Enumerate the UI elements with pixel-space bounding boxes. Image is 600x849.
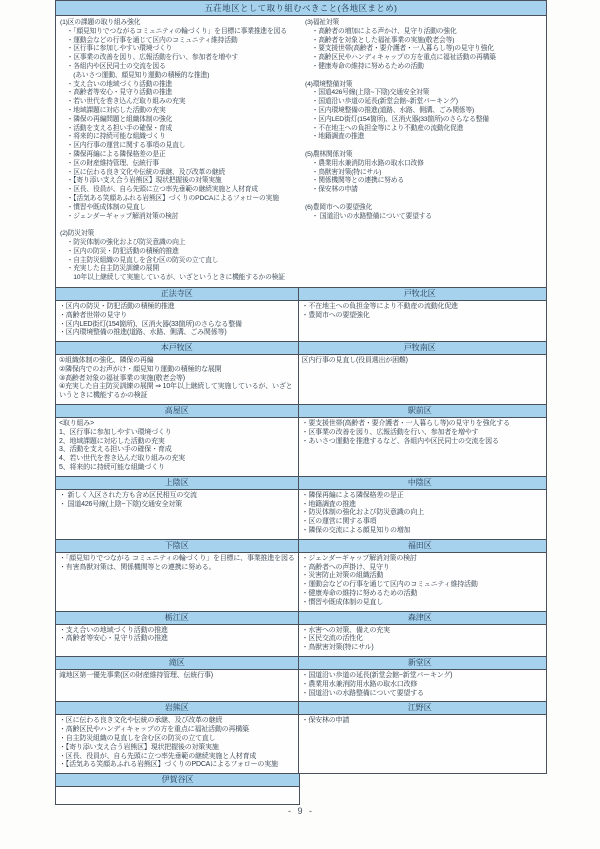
district-content: ・保安林の申請 xyxy=(299,715,542,773)
district-content-row: ・区に伝わる良き文化や伝統の承継、及び改革の継続 ・高齢区民やハンディキャップの… xyxy=(56,715,546,773)
scanned-document-page: 五荘地区として取り組むべきこと(各地区まとめ) (1)区の課題の取り組み強化 ・… xyxy=(0,0,600,849)
district-name: 本戸牧区 xyxy=(56,342,299,354)
district-name: 栃江区 xyxy=(56,612,299,624)
district-header-row: 上陰区 中陰区 xyxy=(56,477,546,490)
overview-section: (1)区の課題の取り組み強化 ・「顔見知りでつながるコミュニティの輪づくり」を目… xyxy=(56,16,546,288)
district-content: ・支え合いの地域づくり活動の推進 ・高齢者等安心・見守り活動の推進 xyxy=(56,625,299,656)
district-content: ・要支援世帯(高齢者・要介護者・一人暮らし等)の見守りを強化する ・区事業の改善… xyxy=(299,418,542,476)
district-content: ①組織体制の強化、隣保の再編 ②隣保内でのお声がけ・顔見知り運動の積極的な展開 … xyxy=(56,355,299,404)
district-content-row: ・区内の防災・防犯活動の積極的推進 ・高齢者世帯の見守り ・区内LED街灯(15… xyxy=(56,301,546,342)
district-name: 正法寺区 xyxy=(56,288,299,300)
district-content: ・隣保再編による隣保格差の是正 ・地籍調査の推進 ・防災体制の強化および防災意識… xyxy=(299,490,542,539)
district-content-empty xyxy=(56,787,299,804)
district-name: 戸牧北区 xyxy=(299,288,542,300)
district-summary-table: 五荘地区として取り組むべきこと(各地区まとめ) (1)区の課題の取り組み強化 ・… xyxy=(55,0,547,774)
district-name: 江野区 xyxy=(299,702,542,714)
district-name: 岩熊区 xyxy=(56,702,299,714)
district-content-row: ・ 新しく入区された方も含め区民相互の交流 ・ 国道426号線(上陰~下陰)交通… xyxy=(56,490,546,540)
overview-left-column: (1)区の課題の取り組み強化 ・「顔見知りでつながるコミュニティの輪づくり」を目… xyxy=(56,16,301,287)
district-content: ・区内の防災・防犯活動の積極的推進 ・高齢者世帯の見守り ・区内LED街灯(15… xyxy=(56,301,299,341)
district-name: 下陰区 xyxy=(56,540,299,552)
district-content: ・水害への対策、備えの充実 ・区民交流の活性化 ・鳥獣害対策(特にサル) xyxy=(299,625,542,656)
district-name: 中陰区 xyxy=(299,477,542,489)
district-content: ・「顔見知りでつながる コミュニティの輪づくり」を目標に、事業推進を図る ・有害… xyxy=(56,553,299,611)
district-name: 駅前区 xyxy=(299,405,542,417)
district-name: 森津区 xyxy=(299,612,542,624)
district-content: ・ジェンダーギャップ解消対策の検討 ・高齢者への声掛け、見守り ・災害防止対策の… xyxy=(299,553,542,611)
district-name: 戸牧南区 xyxy=(299,342,542,354)
district-header-row: 高屋区 駅前区 xyxy=(56,405,546,418)
tail-district-row: 伊賀谷区 xyxy=(55,774,300,805)
district-content: ・不在地主への負担金等により不動産の流動化促進 ・豊岡市への要望強化 xyxy=(299,301,542,341)
district-content: ・国道沿い歩道の延長(新堂会館~新堂パーキング) ・農業用水兼消防用水路の取水口… xyxy=(299,670,542,701)
district-content-row: 滝地区第一優先事業(区の財産維持管理、伝統行事) ・国道沿い歩道の延長(新堂会館… xyxy=(56,670,546,702)
overview-right-column: (3)福祉対策 ・高齢者の増加による声かけ、見守り活動の強化 ・高齢者を対象とし… xyxy=(301,16,546,287)
district-name: 新堂区 xyxy=(299,657,542,669)
district-header-row: 岩熊区 江野区 xyxy=(56,702,546,715)
page-number: - 9 - xyxy=(55,806,547,816)
district-name: 滝区 xyxy=(56,657,299,669)
district-content: ・ 新しく入区された方も含め区民相互の交流 ・ 国道426号線(上陰~下陰)交通… xyxy=(56,490,299,539)
district-name: 上陰区 xyxy=(56,477,299,489)
district-header-row: 正法寺区 戸牧北区 xyxy=(56,288,546,301)
district-content-row: ①組織体制の強化、隣保の再編 ②隣保内でのお声がけ・顔見知り運動の積極的な展開 … xyxy=(56,355,546,405)
table-title: 五荘地区として取り組むべきこと(各地区まとめ) xyxy=(56,1,546,16)
district-name: 高屋区 xyxy=(56,405,299,417)
district-name: 福田区 xyxy=(299,540,542,552)
district-content: <取り組み> 1、区行事に参加しやすい環境づくり 2、地域課題に対応した活動の充… xyxy=(56,418,299,476)
district-content: 区内行事の見直し(役員選出が困難) xyxy=(299,355,542,404)
district-content-row: <取り組み> 1、区行事に参加しやすい環境づくり 2、地域課題に対応した活動の充… xyxy=(56,418,546,477)
district-content: ・区に伝わる良き文化や伝統の承継、及び改革の継続 ・高齢区民やハンディキャップの… xyxy=(56,715,299,773)
district-content-row: ・支え合いの地域づくり活動の推進 ・高齢者等安心・見守り活動の推進 ・水害への対… xyxy=(56,625,546,657)
district-content-row: ・「顔見知りでつながる コミュニティの輪づくり」を目標に、事業推進を図る ・有害… xyxy=(56,553,546,612)
district-header-row: 滝区 新堂区 xyxy=(56,657,546,670)
district-name: 伊賀谷区 xyxy=(56,774,299,787)
district-header-row: 栃江区 森津区 xyxy=(56,612,546,625)
district-header-row: 下陰区 福田区 xyxy=(56,540,546,553)
district-header-row: 本戸牧区 戸牧南区 xyxy=(56,342,546,355)
district-content: 滝地区第一優先事業(区の財産維持管理、伝統行事) xyxy=(56,670,299,701)
